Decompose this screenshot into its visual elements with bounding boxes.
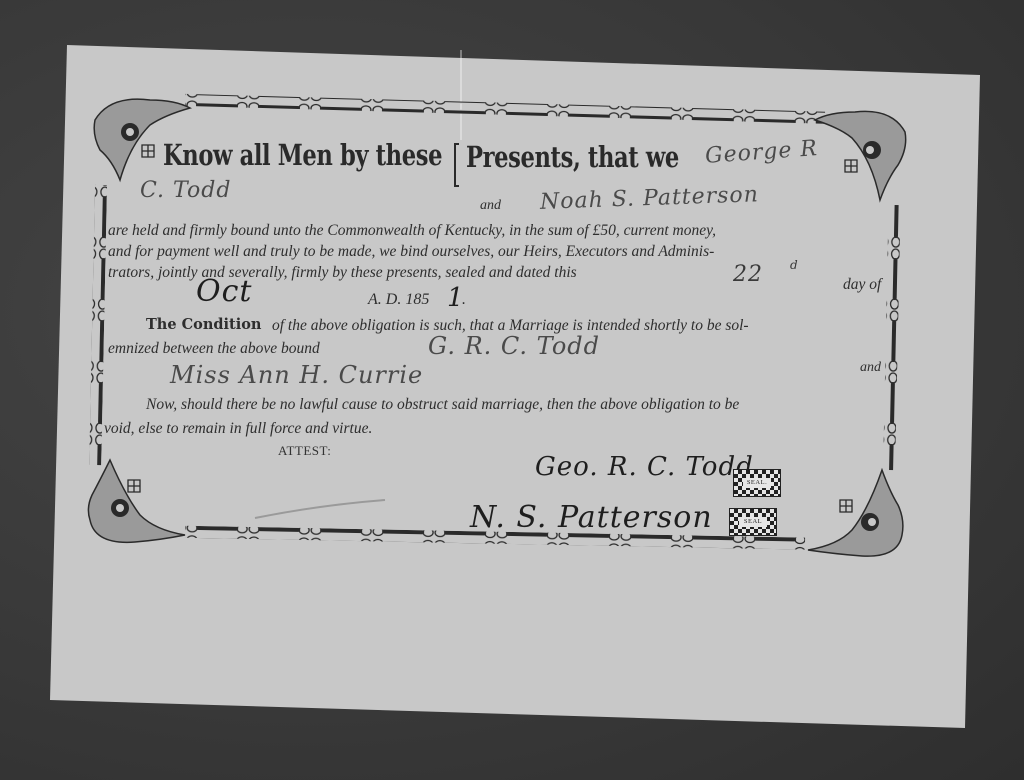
handwritten-month: Oct <box>196 274 252 309</box>
attest-label: ATTEST: <box>278 443 331 459</box>
day-of-label: day of <box>843 276 881 294</box>
seal-todd-label: SEAL. <box>743 478 771 488</box>
body-line-2: and for payment well and truly to be mad… <box>108 243 714 261</box>
seal-patterson: SEAL <box>729 508 777 536</box>
handwritten-bride-name: Miss Ann H. Currie <box>170 361 423 389</box>
heading-know-all-men: Know all Men by these <box>163 138 442 172</box>
condition-line-4: void, else to remain in full force and v… <box>104 420 372 438</box>
handwritten-groom-name-part2: C. Todd <box>140 178 231 203</box>
handwritten-day: 22 <box>733 262 763 287</box>
heading-presents-that-we: Presents, that we <box>466 140 679 174</box>
handwritten-day-suffix: d <box>790 258 799 272</box>
paper-fold-mark <box>460 50 462 140</box>
signature-patterson: N. S. Patterson <box>470 500 713 535</box>
year-period: . <box>462 291 466 309</box>
handwritten-groom-bound: G. R. C. Todd <box>428 332 600 360</box>
body-line-3: trators, jointly and severally, firmly b… <box>108 264 577 282</box>
body-line-1: are held and firmly bound unto the Commo… <box>108 222 716 240</box>
seal-todd: SEAL. <box>733 469 781 497</box>
condition-line-3: Now, should there be no lawful cause to … <box>146 396 739 414</box>
condition-line-2: emnized between the above bound <box>108 340 320 358</box>
condition-lead: The Condition <box>146 316 261 333</box>
heading-bracket <box>454 143 459 187</box>
anno-domini-label: A. D. 185 <box>368 291 429 309</box>
condition-and-label: and <box>860 360 881 376</box>
heading-and-label: and <box>480 198 501 214</box>
signature-todd: Geo. R. C. Todd <box>535 452 754 482</box>
seal-patterson-label: SEAL <box>739 517 767 527</box>
document-paper <box>0 0 1024 780</box>
